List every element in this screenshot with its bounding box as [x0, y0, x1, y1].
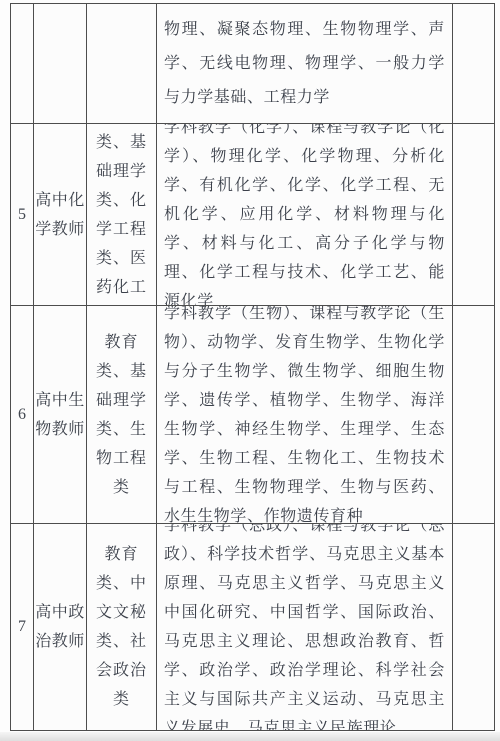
- majors-text: 物理、凝聚态物理、生物物理学、声学、无线电物理、物理学、一般力学与力学基础、工程…: [157, 13, 452, 115]
- position-table: 物理、凝聚态物理、生物物理学、声学、无线电物理、物理学、一般力学与力学基础、工程…: [10, 3, 495, 731]
- table-row: 5 高中化学教师 教育类、基础理学类、化学工程类、医药化工类 学科教学（化学）、…: [11, 123, 494, 305]
- row-number-cell: 5: [11, 124, 33, 305]
- position-cell: [33, 4, 86, 123]
- row-number-cell: 6: [11, 306, 33, 523]
- row-number-cell: 7: [11, 524, 33, 730]
- majors-cell: 学科教学（思政）、课程与教学论（思政）、科学技术哲学、马克思主义基本原理、马克思…: [156, 524, 452, 730]
- remark-cell: [452, 524, 494, 730]
- table-row: 7 高中政治教师 教育类、中文文秘类、社会政治类 学科教学（思政）、课程与教学论…: [11, 523, 494, 730]
- majors-text: 学科教学（化学）、课程与教学论（化学）、物理化学、化学物理、分析化学、有机化学、…: [157, 124, 452, 305]
- position-cell: 高中化学教师: [33, 124, 86, 305]
- majors-text: 学科教学（生物）、课程与教学论（生物）、动物学、发育生物学、生物化学与分子生物学…: [157, 306, 452, 523]
- remark-cell: [452, 124, 494, 305]
- document-page: 物理、凝聚态物理、生物物理学、声学、无线电物理、物理学、一般力学与力学基础、工程…: [0, 0, 500, 741]
- category-cell: [86, 4, 156, 123]
- position-cell: 高中生物教师: [33, 306, 86, 523]
- row-number-cell: [11, 4, 33, 123]
- position-cell: 高中政治教师: [33, 524, 86, 730]
- majors-cell: 物理、凝聚态物理、生物物理学、声学、无线电物理、物理学、一般力学与力学基础、工程…: [156, 4, 452, 123]
- majors-cell: 学科教学（化学）、课程与教学论（化学）、物理化学、化学物理、分析化学、有机化学、…: [156, 124, 452, 305]
- table-row: 6 高中生物教师 教育类、基础理学类、生物工程类 学科教学（生物）、课程与教学论…: [11, 305, 494, 523]
- majors-cell: 学科教学（生物）、课程与教学论（生物）、动物学、发育生物学、生物化学与分子生物学…: [156, 306, 452, 523]
- category-cell: 教育类、基础理学类、生物工程类: [86, 306, 156, 523]
- majors-text: 学科教学（思政）、课程与教学论（思政）、科学技术哲学、马克思主义基本原理、马克思…: [157, 524, 452, 730]
- remark-cell: [452, 4, 494, 123]
- scan-edge-shadow: [0, 732, 500, 741]
- remark-cell: [452, 306, 494, 523]
- category-cell: 教育类、基础理学类、化学工程类、医药化工类: [86, 124, 156, 305]
- table-row: 物理、凝聚态物理、生物物理学、声学、无线电物理、物理学、一般力学与力学基础、工程…: [11, 4, 494, 123]
- category-cell: 教育类、中文文秘类、社会政治类: [86, 524, 156, 730]
